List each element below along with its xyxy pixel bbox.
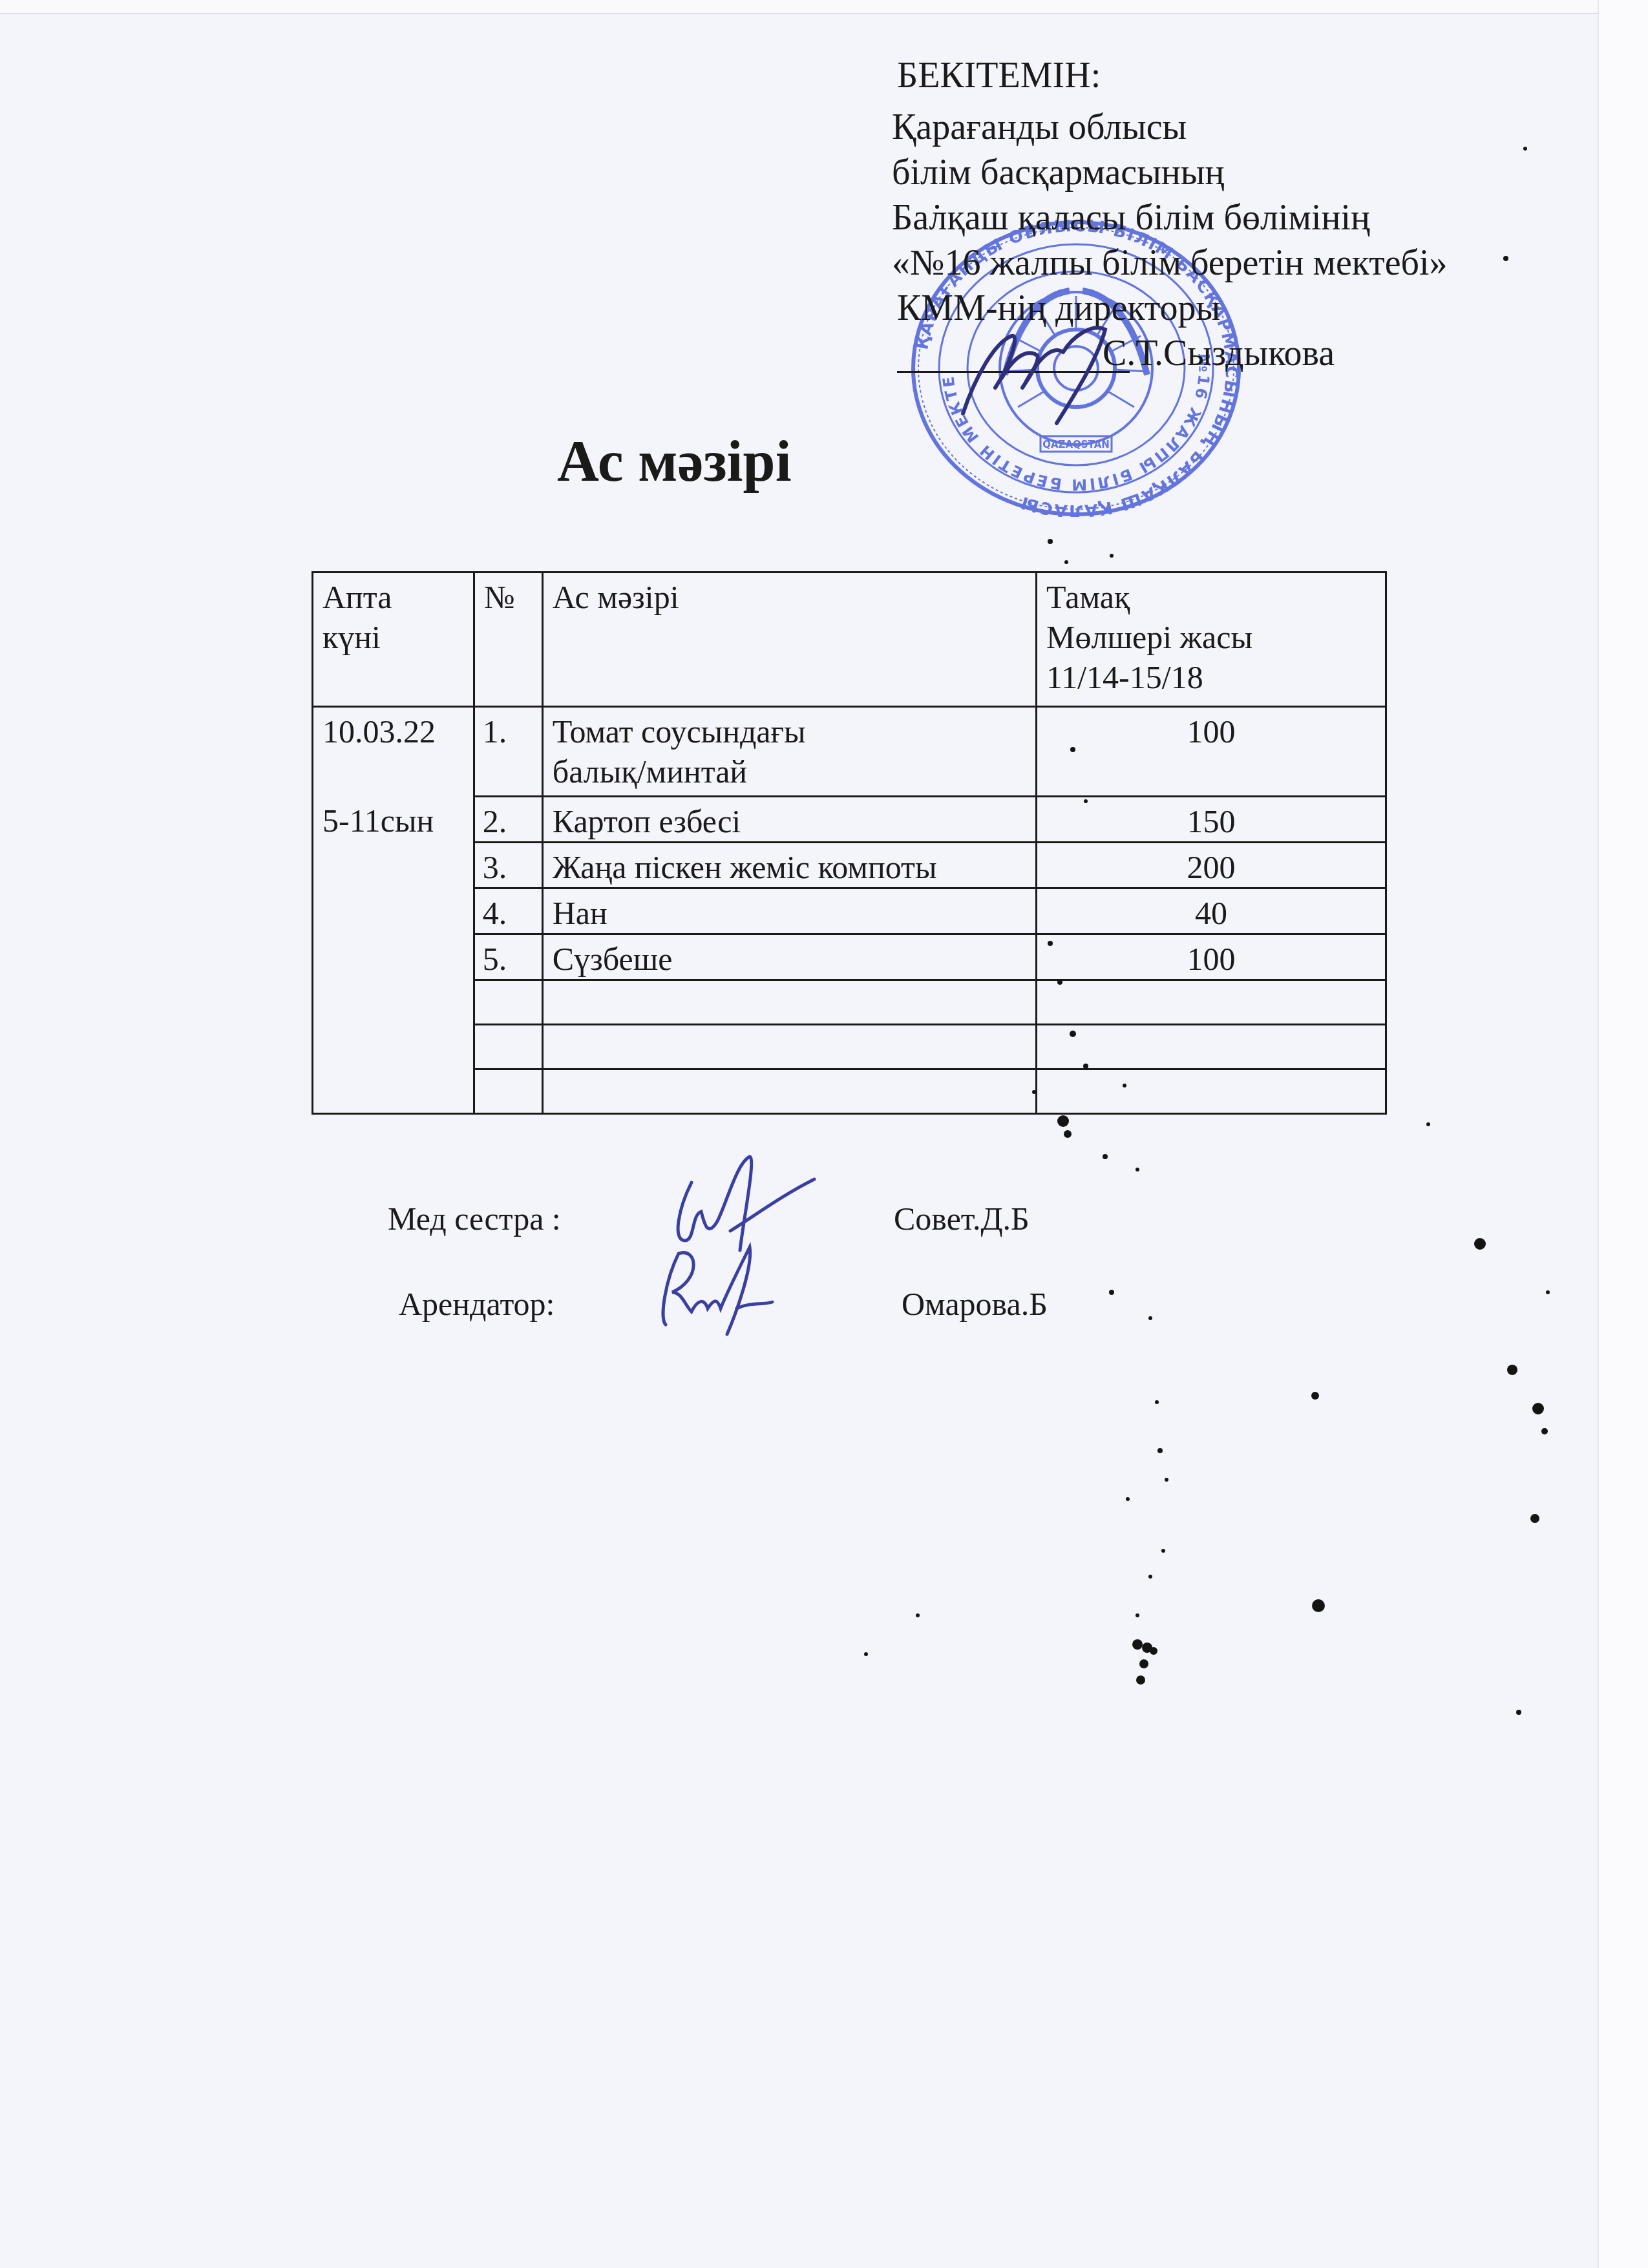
row-number xyxy=(474,1069,542,1114)
row-quantity: 150 xyxy=(1037,797,1386,843)
signature-underline xyxy=(897,371,1130,373)
row-quantity: 200 xyxy=(1037,843,1386,888)
row-number: 2. xyxy=(474,797,542,843)
row-quantity: 40 xyxy=(1037,888,1386,934)
header-quantity-line1: Тамақ xyxy=(1046,579,1130,615)
table-row: 5. Сүзбеше 100 xyxy=(313,934,1386,980)
row-quantity xyxy=(1037,980,1386,1025)
approval-line-region: Қарағанды облысы xyxy=(892,105,1448,150)
director-name: С.Т.Сыздыкова xyxy=(1103,331,1335,376)
table-row: 3. Жаңа піскен жеміс компоты 200 xyxy=(313,843,1386,888)
row-dish xyxy=(542,1025,1036,1069)
approval-line-city-office: Балқаш қаласы білім бөлімінің xyxy=(892,195,1448,240)
row-quantity: 100 xyxy=(1037,707,1386,797)
approval-heading: БЕКІТЕМІН: xyxy=(897,53,1448,98)
table-row-empty xyxy=(313,1025,1386,1069)
row-dish: Сүзбеше xyxy=(542,934,1036,980)
header-weekday: Апта күні xyxy=(313,572,474,707)
row-dish: Нан xyxy=(542,888,1036,934)
menu-class-range: 5-11сын xyxy=(322,801,467,841)
nurse-name: Совет.Д.Б xyxy=(894,1199,1030,1238)
row-dish xyxy=(542,980,1036,1025)
row-number: 5. xyxy=(474,934,542,980)
approval-line-director: КММ-нің директоры xyxy=(897,286,1448,331)
header-number: № xyxy=(474,572,542,707)
row-quantity xyxy=(1037,1025,1386,1069)
day-cell: 10.03.22 5-11сын xyxy=(313,707,474,1114)
table-row: 2. Картоп езбесі 150 xyxy=(313,797,1386,843)
page-title: Ас мəзірі xyxy=(557,426,792,498)
header-quantity-line2: Мөлшері жасы xyxy=(1046,619,1252,655)
nurse-signature-icon xyxy=(666,1144,821,1254)
row-dish: Картоп езбесі xyxy=(542,797,1036,843)
table-header-row: Апта күні № Ас мəзірі Тамақ Мөлшері жасы… xyxy=(313,572,1386,707)
header-weekday-line2: күні xyxy=(322,619,381,655)
row-quantity xyxy=(1037,1069,1386,1114)
tenant-label: Арендатор: xyxy=(399,1285,555,1323)
table-row: 10.03.22 5-11сын 1. Томат соусындағы бал… xyxy=(313,707,1386,797)
approval-block: БЕКІТЕМІН: Қарағанды облысы білім басқар… xyxy=(892,53,1448,376)
row-quantity: 100 xyxy=(1037,934,1386,980)
tenant-signature-icon xyxy=(653,1241,801,1338)
row-number xyxy=(474,1025,542,1069)
table-row: 4. Нан 40 xyxy=(313,888,1386,934)
row-dish-line2: балық/минтай xyxy=(553,753,747,790)
scan-right-edge xyxy=(1598,0,1648,2268)
row-number: 3. xyxy=(474,843,542,888)
menu-table: Апта күні № Ас мəзірі Тамақ Мөлшері жасы… xyxy=(312,571,1387,1115)
approval-line-department: білім басқармасының xyxy=(892,150,1448,195)
table-row-empty xyxy=(313,1069,1386,1114)
row-dish: Томат соусындағы балық/минтай xyxy=(542,707,1036,797)
scan-top-edge xyxy=(0,0,1598,14)
header-dish: Ас мəзірі xyxy=(542,572,1036,707)
row-dish xyxy=(542,1069,1036,1114)
row-number xyxy=(474,980,542,1025)
table-row-empty xyxy=(313,980,1386,1025)
approval-line-school: «№16 жалпы білім беретін мектебі» xyxy=(892,240,1448,286)
row-number: 1. xyxy=(474,707,542,797)
director-signature-row: С.Т.Сыздыкова xyxy=(892,331,1448,376)
row-number: 4. xyxy=(474,888,542,934)
tenant-name: Омарова.Б xyxy=(902,1285,1048,1323)
header-weekday-line1: Апта xyxy=(322,579,392,615)
nurse-label: Мед сестра : xyxy=(388,1199,561,1238)
svg-text:QAZAQSTAN: QAZAQSTAN xyxy=(1042,439,1110,450)
row-dish-line1: Томат соусындағы xyxy=(553,713,806,750)
header-quantity-line3: 11/14-15/18 xyxy=(1046,659,1203,695)
header-quantity: Тамақ Мөлшері жасы 11/14-15/18 xyxy=(1037,572,1386,707)
menu-date: 10.03.22 xyxy=(322,711,467,751)
row-dish: Жаңа піскен жеміс компоты xyxy=(542,843,1036,888)
